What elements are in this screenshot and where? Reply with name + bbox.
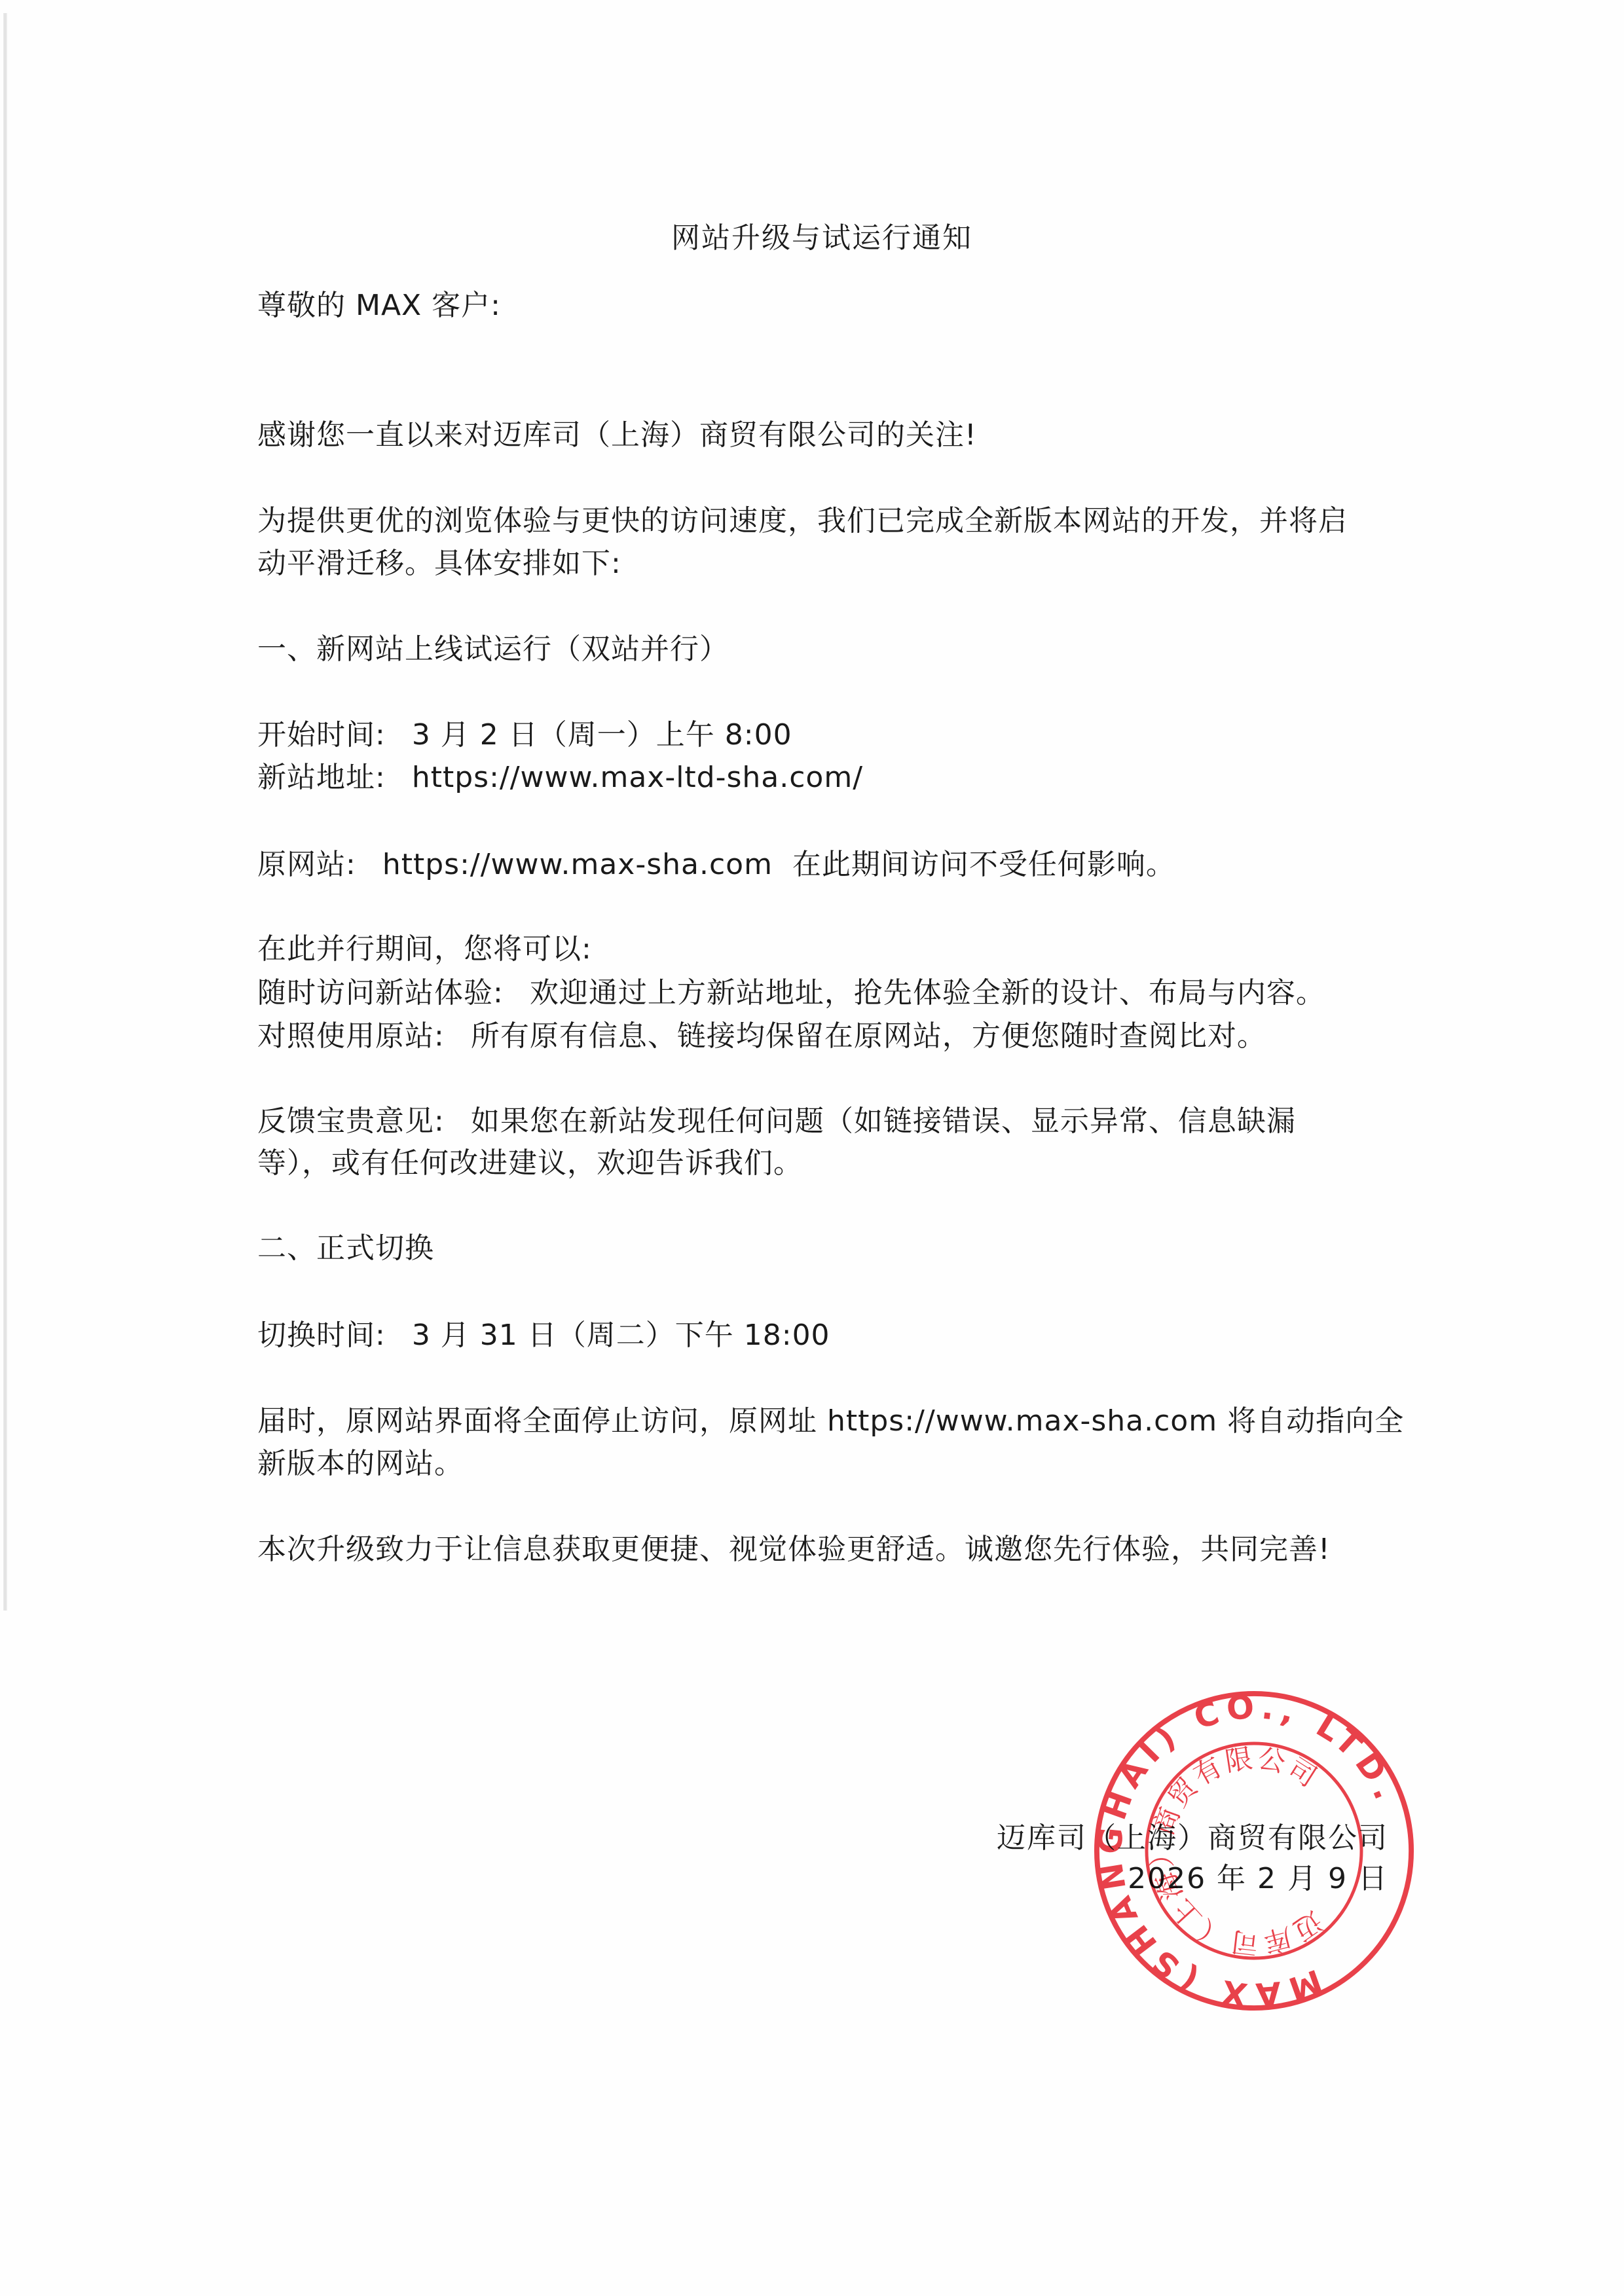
svg-text:MAX (SHANGHAI) CO., LTD.: MAX (SHANGHAI) CO., LTD. (1092, 1689, 1416, 2013)
switch-time-value: 3 月 31 日（周二）下午 18:00 (412, 1319, 830, 1352)
section1-heading: 一、新网站上线试运行（双站并行） (257, 630, 729, 669)
benefit-item-1-text: 欢迎通过上方新站地址，抢先体验全新的设计、布局与内容。 (530, 976, 1325, 1010)
feedback-text-1: 如果您在新站发现任何问题（如链接错误、显示异常、信息缺漏 (471, 1104, 1296, 1138)
switch-time-label: 切换时间: (257, 1319, 386, 1352)
closing-paragraph: 本次升级致力于让信息获取更便捷、视觉体验更舒适。诚邀您先行体验，共同完善! (257, 1530, 1331, 1569)
switch-line-1: 届时，原网站界面将全面停止访问，原网址 https://www.max-sha.… (257, 1402, 1404, 1441)
old-site-url: https://www.max-sha.com (382, 848, 773, 881)
thanks-paragraph: 感谢您一直以来对迈库司（上海）商贸有限公司的关注! (257, 416, 977, 455)
feedback-label: 反馈宝贵意见: (257, 1104, 445, 1138)
benefit-item-2: 对照使用原站:所有原有信息、链接均保留在原网站，方便您随时查阅比对。 (257, 1017, 1266, 1056)
new-site-row: 新站地址:https://www.max-ltd-sha.com/ (257, 758, 863, 797)
during-intro: 在此并行期间，您将可以: (257, 930, 592, 969)
document-title: 网站升级与试运行通知 (0, 219, 1624, 258)
new-site-url: https://www.max-ltd-sha.com/ (412, 761, 863, 794)
old-site-label: 原网站: (257, 848, 356, 881)
switch-line-2: 新版本的网站。 (257, 1444, 464, 1484)
old-site-row: 原网站:https://www.max-sha.com 在此期间访问不受任何影响… (257, 845, 1175, 884)
benefit-item-2-text: 所有原有信息、链接均保留在原网站，方便您随时查阅比对。 (471, 1019, 1266, 1053)
feedback-line-1: 反馈宝贵意见:如果您在新站发现任何问题（如链接错误、显示异常、信息缺漏 (257, 1102, 1296, 1141)
start-time-label: 开始时间: (257, 718, 386, 752)
benefit-item-2-label: 对照使用原站: (257, 1019, 445, 1053)
benefit-item-1: 随时访问新站体验:欢迎通过上方新站地址，抢先体验全新的设计、布局与内容。 (257, 974, 1325, 1013)
seal-outer-text: MAX (SHANGHAI) CO., LTD. (1092, 1689, 1416, 2013)
new-site-label: 新站地址: (257, 761, 386, 794)
intro-line-2: 动平滑迁移。具体安排如下: (257, 544, 621, 583)
intro-line-1: 为提供更优的浏览体验与更快的访问速度，我们已完成全新版本网站的开发，并将启 (257, 501, 1348, 541)
company-seal-stamp: MAX (SHANGHAI) CO., LTD. 迈库司（上海）商贸有限公司 (1092, 1689, 1416, 2013)
old-site-note: 在此期间访问不受任何影响。 (792, 848, 1175, 881)
salutation: 尊敬的 MAX 客户: (257, 286, 501, 325)
benefit-item-1-label: 随时访问新站体验: (257, 976, 504, 1010)
switch-time-row: 切换时间:3 月 31 日（周二）下午 18:00 (257, 1316, 830, 1355)
start-time-value: 3 月 2 日（周一）上午 8:00 (412, 718, 792, 752)
start-time-row: 开始时间:3 月 2 日（周一）上午 8:00 (257, 716, 792, 755)
section2-heading: 二、正式切换 (257, 1229, 434, 1268)
feedback-line-2: 等），或有任何改进建议，欢迎告诉我们。 (257, 1144, 803, 1183)
